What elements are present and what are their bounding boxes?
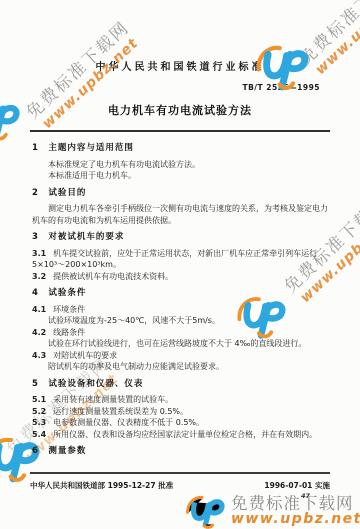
section-2-paragraph: 测定电力机车各牵引手柄级位一次侧有功电流与速度的关系，为考核及鉴定电力机车的有功… (32, 203, 332, 226)
section-1-paragraph: 本标准适用于电力机车。 (32, 170, 332, 182)
watermark-bottom-right: 免费标准下载网 www.upbz.net (182, 492, 360, 529)
clause-5-3: 5.3电参数测量仪器、仪表精度不低于 0.5%。 (32, 417, 332, 429)
clause-text: 电参数测量仪器、仪表精度不低于 0.5%。 (53, 418, 204, 427)
clause-4-3-detail: 陪试机车的功率及电气制动力应能满足试验要求。 (32, 361, 332, 373)
watermark-site-name: 免费标准下载网 (231, 496, 360, 513)
watermark-site-url: www.upbz.net (231, 512, 360, 526)
clause-4-2-detail: 试验在环行试验线进行，也可在运营线路坡度不大于 4‰的直线段进行。 (32, 338, 332, 350)
clause-text: 机车提交试验前，应处于正常运用状态，对新出厂机车应正常牵引列车运行 5×10³～… (32, 249, 317, 270)
clause-5-1: 5.1采用装有速度测量装置的试验车。 (32, 394, 332, 406)
standard-category-title: 中华人民共和国铁道行业标准 (0, 58, 360, 73)
section-1-paragraph: 本标准规定了电力机车有功电流试验方法。 (32, 159, 332, 171)
watermark-site-url: www.upbz.net (12, 10, 169, 158)
watermark-site-name: 免费标准下载网 (268, 0, 360, 92)
clause-number: 4.1 (32, 305, 46, 314)
standard-number: TB/T 2525—1995 (242, 83, 320, 92)
clause-4-2: 4.2线路条件 (32, 327, 332, 339)
section-2-heading: 2 试验目的 (32, 188, 332, 200)
footer: 中华人民共和国铁道部 1995-12-27 批准 1996-07-01 实施 (30, 480, 330, 491)
footer-divider (30, 472, 330, 474)
clause-text: 环境条件 (53, 305, 85, 314)
clause-text: 对陪试机车的要求 (53, 351, 117, 360)
clause-number: 4.3 (32, 351, 46, 360)
section-4-heading: 4 试验条件 (32, 288, 332, 300)
upbz-logo-icon (182, 492, 228, 529)
clause-5-2: 5.2运行速度测量装置系统误差为 0.5%。 (32, 406, 332, 418)
clause-number: 3.2 (32, 272, 46, 281)
scanned-standard-page: 免费标准下载网 www.upbz.net 免费标准下载网 www.upbz.ne… (0, 0, 360, 529)
page-number: 47 (301, 492, 310, 500)
document-body: 1 主题内容与适用范围 本标准规定了电力机车有功电流试验方法。 本标准适用于电力… (32, 140, 332, 462)
clause-4-1: 4.1环境条件 (32, 304, 332, 316)
section-5-heading: 5 试验设备和仪器、仪表 (32, 379, 332, 391)
clause-5-4: 5.4所用仪器、仪表和设备均应经国家法定计量单位检定合格，并在有效期内。 (32, 429, 332, 441)
clause-3-1: 3.1机车提交试验前，应处于正常运用状态，对新出厂机车应正常牵引列车运行 5×1… (32, 248, 332, 271)
clause-number: 4.2 (32, 328, 46, 337)
clause-text: 所用仪器、仪表和设备均应经国家法定计量单位检定合格，并在有效期内。 (53, 430, 317, 439)
clause-4-1-detail: 试验环境温度为-25～40℃，风速不大于5m/s。 (32, 315, 332, 327)
clause-3-2: 3.2提供被试机车有功电流技术资料。 (32, 271, 332, 283)
clause-number: 5.3 (32, 418, 46, 427)
clause-4-3: 4.3对陪试机车的要求 (32, 350, 332, 362)
implementation-note: 1996-07-01 实施 (264, 480, 330, 491)
clause-text: 线路条件 (53, 328, 85, 337)
approval-note: 中华人民共和国铁道部 1995-12-27 批准 (30, 480, 173, 491)
section-1-heading: 1 主题内容与适用范围 (32, 143, 332, 155)
watermark-diagonal-top-left: 免费标准下载网 www.upbz.net (0, 0, 169, 158)
section-3-heading: 3 对被试机车的要求 (32, 232, 332, 244)
clause-text: 采用装有速度测量装置的试验车。 (53, 395, 173, 404)
section-6-heading: 6 测量参数 (32, 446, 332, 458)
clause-text: 提供被试机车有功电流技术资料。 (53, 272, 173, 281)
header-divider (30, 130, 330, 132)
clause-number: 5.4 (32, 430, 46, 439)
clause-number: 3.1 (32, 249, 46, 258)
document-title: 电力机车有功电流试验方法 (0, 102, 360, 118)
clause-number: 5.2 (32, 407, 46, 416)
clause-number: 5.1 (32, 395, 46, 404)
clause-text: 运行速度测量装置系统误差为 0.5%。 (53, 407, 188, 416)
watermark-text-block: 免费标准下载网 www.upbz.net (231, 496, 360, 527)
